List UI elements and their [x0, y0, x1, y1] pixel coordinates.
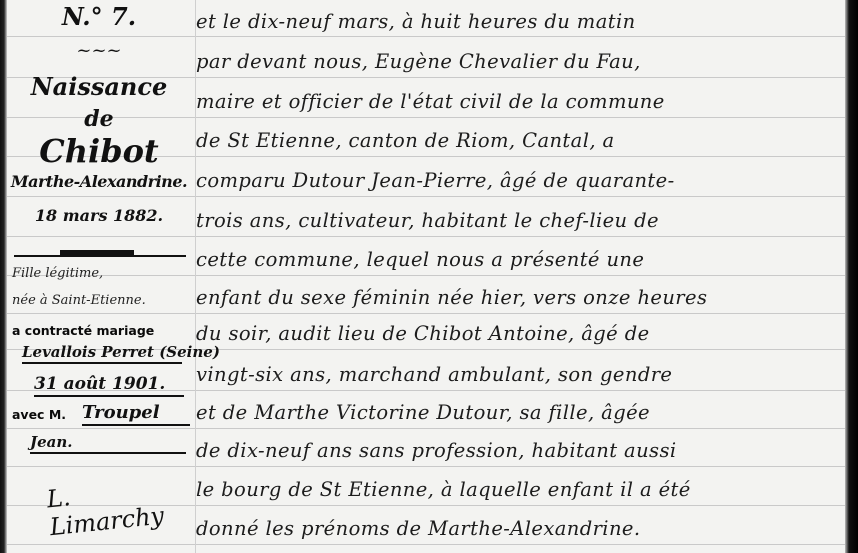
body-line: maire et officier de l'état civil de la … [196, 90, 846, 113]
body-line: et le dix-neuf mars, à huit heures du ma… [196, 10, 846, 33]
page-right-edge [845, 0, 858, 553]
body-line: de St Etienne, canton de Riom, Cantal, a [196, 129, 846, 152]
body-line: trois ans, cultivateur, habitant le chef… [196, 209, 846, 232]
flourish: ~~~ [8, 40, 190, 61]
body-line: comparu Dutour Jean-Pierre, âgé de quara… [196, 169, 846, 192]
legitimacy-note: Fille légitime, [12, 266, 103, 281]
marriage-place: Levallois Perret (Seine) [22, 343, 182, 364]
printed-with-label: avec M. [12, 407, 66, 422]
printed-marriage-label: a contracté mariage [12, 323, 154, 338]
body-line: et de Marthe Victorine Dutour, sa fille,… [196, 401, 846, 424]
birth-date: 18 mars 1882. [8, 206, 190, 225]
body-line: cette commune, lequel nous a présenté un… [196, 248, 846, 271]
body-line: de dix-neuf ans sans profession, habitan… [196, 439, 846, 462]
body-line: par devant nous, Eugène Chevalier du Fau… [196, 50, 846, 73]
act-title-de: de [8, 106, 190, 132]
body-line: donné les prénoms de Marthe-Alexandrine. [196, 517, 846, 540]
page-binding-edge [0, 0, 7, 553]
birthplace-note: née à Saint-Etienne. [12, 293, 146, 308]
act-title: Naissance [8, 72, 190, 101]
child-surname: Chibot [8, 132, 190, 170]
margin-separator [14, 255, 186, 257]
marriage-date: 31 août 1901. [34, 374, 184, 397]
body-line: enfant du sexe féminin née hier, vers on… [196, 286, 846, 309]
body-line: du soir, audit lieu de Chibot Antoine, â… [196, 322, 846, 345]
act-number: N.° 7. [8, 2, 190, 31]
child-given-names: Marthe-Alexandrine. [8, 172, 190, 191]
registry-page: N.° 7. ~~~ Naissance de Chibot Marthe-Al… [0, 0, 858, 553]
spouse-given-name: Jean. [30, 433, 186, 454]
body-line: le bourg de St Etienne, à laquelle enfan… [196, 478, 846, 501]
officer-signature: L. Limarchy [45, 471, 192, 542]
body-line: vingt-six ans, marchand ambulant, son ge… [196, 363, 846, 386]
margin-column: N.° 7. ~~~ Naissance de Chibot Marthe-Al… [8, 0, 190, 553]
act-body: et le dix-neuf mars, à huit heures du ma… [192, 0, 842, 553]
spouse-surname: Troupel [82, 402, 190, 426]
